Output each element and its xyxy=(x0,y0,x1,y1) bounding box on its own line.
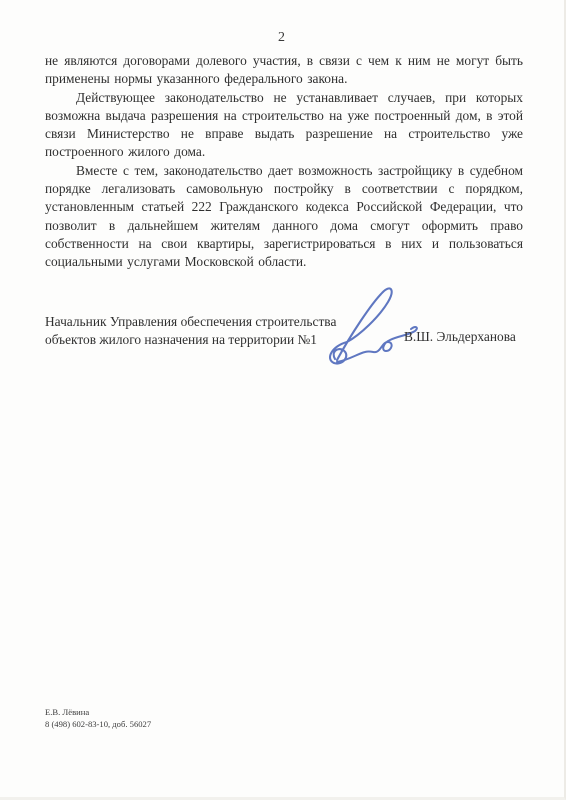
letter-body: не являются договорами долевого участия,… xyxy=(45,52,523,272)
paragraph: Действующее законодательство не устанавл… xyxy=(45,89,523,162)
executor-phone: 8 (498) 602-83-10, доб. 56027 xyxy=(45,719,151,731)
signer-position-line2: объектов жилого назначения на территории… xyxy=(45,331,355,349)
footer-contact-block: Е.В. Лёвина 8 (498) 602-83-10, доб. 5602… xyxy=(45,707,151,730)
scanned-letter-page: 2 не являются договорами долевого участи… xyxy=(0,0,566,800)
paragraph: Вместе с тем, законодательство дает возм… xyxy=(45,162,523,272)
page-number: 2 xyxy=(0,30,564,46)
signer-position-line1: Начальник Управления обеспечения строите… xyxy=(45,313,355,331)
signer-name: В.Ш. Эльдерханова xyxy=(404,329,516,345)
signature-title-block: Начальник Управления обеспечения строите… xyxy=(45,313,355,348)
paragraph-continuation: не являются договорами долевого участия,… xyxy=(45,52,523,89)
handwritten-signature-icon xyxy=(316,282,422,368)
executor-name: Е.В. Лёвина xyxy=(45,707,151,719)
